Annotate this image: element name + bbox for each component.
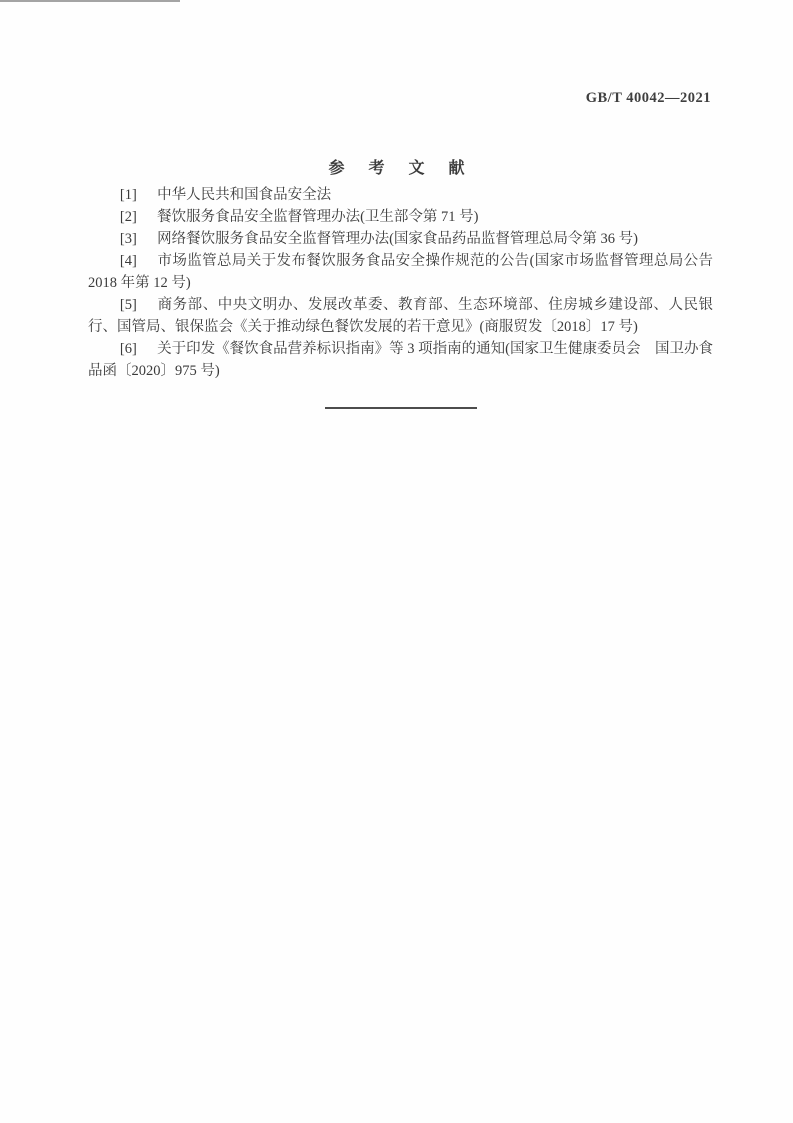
document-page: GB/T 40042—2021 参 考 文 献 [1]中华人民共和国食品安全法 … <box>0 0 793 1123</box>
reference-label: [4] <box>120 253 137 269</box>
reference-text: 中华人民共和国食品安全法 <box>157 187 331 203</box>
reference-text: 市场监管总局关于发布餐饮服务食品安全操作规范的公告(国家市场监督管理总局公告 2… <box>88 253 713 291</box>
reference-item: [4]市场监管总局关于发布餐饮服务食品安全操作规范的公告(国家市场监督管理总局公… <box>88 250 713 294</box>
reference-list: [1]中华人民共和国食品安全法 [2]餐饮服务食品安全监督管理办法(卫生部令第 … <box>88 184 713 382</box>
reference-text: 餐饮服务食品安全监督管理办法(卫生部令第 71 号) <box>157 209 478 225</box>
reference-item: [6]关于印发《餐饮食品营养标识指南》等 3 项指南的通知(国家卫生健康委员会 … <box>88 338 713 382</box>
reference-text: 关于印发《餐饮食品营养标识指南》等 3 项指南的通知(国家卫生健康委员会 国卫办… <box>88 341 713 379</box>
reference-label: [3] <box>120 231 137 247</box>
reference-label: [5] <box>120 297 137 313</box>
page-title: 参 考 文 献 <box>0 155 793 178</box>
reference-text: 网络餐饮服务食品安全监督管理办法(国家食品药品监督管理总局令第 36 号) <box>157 231 638 247</box>
standard-number: GB/T 40042—2021 <box>586 90 711 107</box>
reference-item: [3]网络餐饮服务食品安全监督管理办法(国家食品药品监督管理总局令第 36 号) <box>88 228 713 250</box>
scan-artifact <box>0 0 180 2</box>
end-of-document-divider <box>325 407 477 409</box>
reference-label: [1] <box>120 187 137 203</box>
reference-item: [1]中华人民共和国食品安全法 <box>88 184 713 206</box>
reference-label: [6] <box>120 341 137 357</box>
reference-item: [2]餐饮服务食品安全监督管理办法(卫生部令第 71 号) <box>88 206 713 228</box>
reference-label: [2] <box>120 209 137 225</box>
reference-item: [5]商务部、中央文明办、发展改革委、教育部、生态环境部、住房城乡建设部、人民银… <box>88 294 713 338</box>
reference-text: 商务部、中央文明办、发展改革委、教育部、生态环境部、住房城乡建设部、人民银行、国… <box>88 297 713 335</box>
